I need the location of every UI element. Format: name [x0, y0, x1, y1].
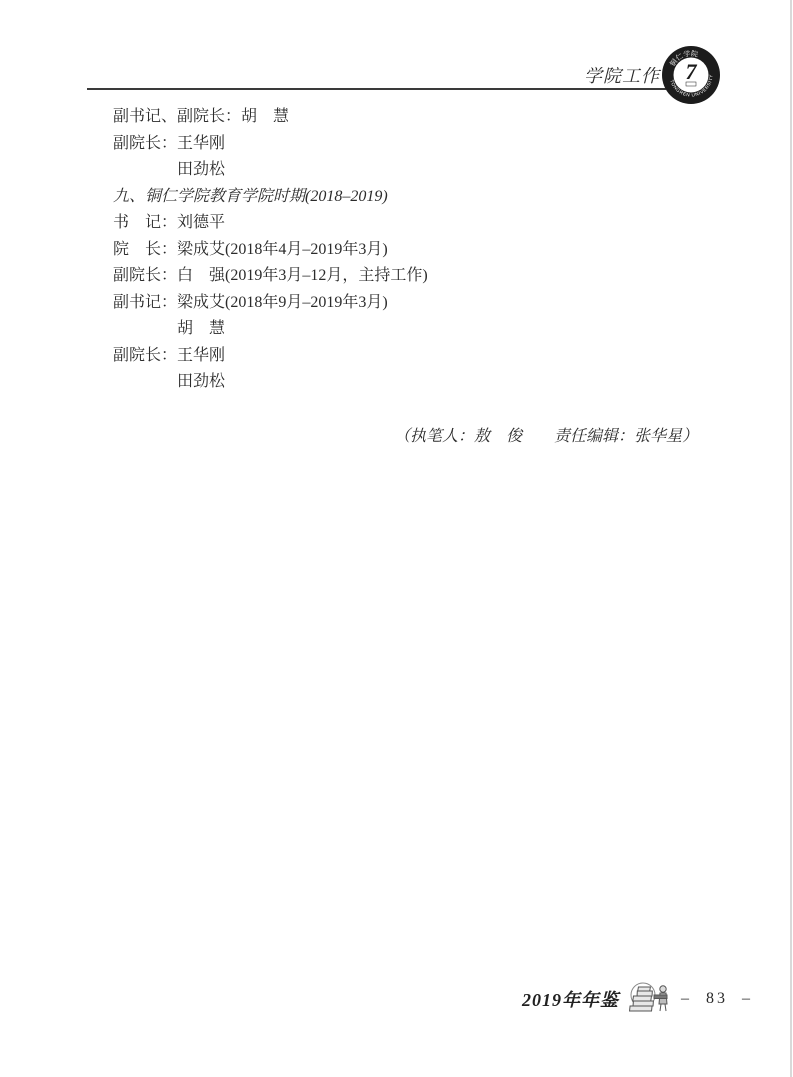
svg-text:7: 7	[686, 59, 698, 84]
section-heading: 九、铜仁学院教育学院时期(2018–2019)	[113, 184, 673, 211]
body-line: 田劲松	[113, 157, 673, 184]
body-line: 田劲松	[113, 369, 673, 396]
body-text: 副书记、副院长：胡 慧 副院长：王华刚 田劲松 九、铜仁学院教育学院时期(201…	[113, 104, 673, 396]
body-line: 副书记、副院长：胡 慧	[113, 104, 673, 131]
body-line: 副院长：白 强(2019年3月–12月，主持工作)	[113, 263, 673, 290]
body-line: 副书记：梁成艾(2018年9月–2019年3月)	[113, 290, 673, 317]
body-line: 胡 慧	[113, 316, 673, 343]
university-seal-icon: 铜仁学院 TONGREN UNIVERSITY 7	[661, 45, 721, 105]
header-rule	[87, 88, 666, 90]
body-line: 副院长：王华刚	[113, 131, 673, 158]
books-and-reader-icon	[627, 978, 673, 1020]
body-line: 副院长：王华刚	[113, 343, 673, 370]
footer: 2019年年鉴 – 83 –	[522, 978, 753, 1020]
footer-page-number: – 83 –	[681, 990, 753, 1008]
document-page: 学院工作 铜仁学院 TONGREN UNIVERSITY 7 副书记、副院长：胡…	[0, 0, 793, 1077]
byline: （执笔人：敖 俊 责任编辑：张华星）	[394, 423, 698, 446]
footer-yearbook-title: 2019年年鉴	[522, 986, 619, 1012]
header-section-title: 学院工作	[584, 62, 660, 88]
body-line: 书 记：刘德平	[113, 210, 673, 237]
body-line: 院 长：梁成艾(2018年4月–2019年3月)	[113, 237, 673, 264]
scan-edge	[790, 0, 792, 1077]
